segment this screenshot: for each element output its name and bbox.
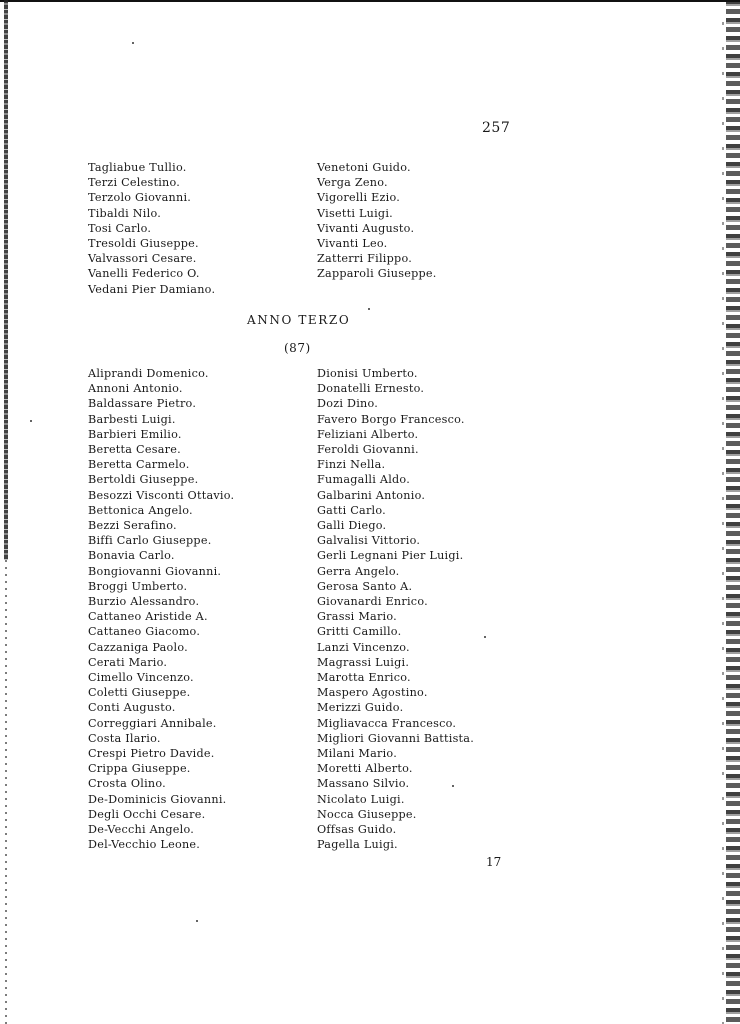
list-item: Merizzi Guido. (317, 700, 474, 715)
scan-edge-top (0, 0, 740, 2)
section-heading: ANNO TERZO (247, 313, 350, 327)
main-list-right-column: Dionisi Umberto. Donatelli Ernesto. Dozi… (317, 366, 474, 853)
scan-speck (196, 920, 198, 922)
list-item: Baldassare Pietro. (88, 396, 234, 411)
top-list-left-column: Tagliabue Tullio. Terzi Celestino. Terzo… (88, 160, 215, 297)
list-item: Cattaneo Aristide A. (88, 609, 234, 624)
list-item: Bongiovanni Giovanni. (88, 564, 234, 579)
list-item: Vivanti Augusto. (317, 221, 437, 236)
list-item: Gritti Camillo. (317, 624, 474, 639)
main-list-left-column: Aliprandi Domenico. Annoni Antonio. Bald… (88, 366, 234, 853)
list-item: Del-Vecchio Leone. (88, 837, 234, 852)
list-item: Bettonica Angelo. (88, 503, 234, 518)
scanned-page: 257 Tagliabue Tullio. Terzi Celestino. T… (0, 0, 740, 1024)
signature-mark: 17 (486, 855, 501, 869)
list-item: Tresoldi Giuseppe. (88, 236, 215, 251)
list-item: Galvalisi Vittorio. (317, 533, 474, 548)
scan-edge-left-lower (5, 560, 7, 1024)
list-item: Coletti Giuseppe. (88, 685, 234, 700)
list-item: Lanzi Vincenzo. (317, 640, 474, 655)
list-item: Cazzaniga Paolo. (88, 640, 234, 655)
list-item: Zatterri Filippo. (317, 251, 437, 266)
list-item: Terzi Celestino. (88, 175, 215, 190)
list-item: Vanelli Federico O. (88, 266, 215, 281)
scan-edge-right (726, 0, 740, 1024)
list-item: Bezzi Serafino. (88, 518, 234, 533)
list-item: Nicolato Luigi. (317, 792, 474, 807)
list-item: Zapparoli Giuseppe. (317, 266, 437, 281)
list-item: Conti Augusto. (88, 700, 234, 715)
list-item: Migliori Giovanni Battista. (317, 731, 474, 746)
list-item: Moretti Alberto. (317, 761, 474, 776)
list-item: Visetti Luigi. (317, 206, 437, 221)
list-item: De-Vecchi Angelo. (88, 822, 234, 837)
list-item: Gerra Angelo. (317, 564, 474, 579)
list-item: Barbesti Luigi. (88, 412, 234, 427)
scan-speck (132, 42, 134, 44)
list-item: Cattaneo Giacomo. (88, 624, 234, 639)
list-item: Terzolo Giovanni. (88, 190, 215, 205)
list-item: Costa Ilario. (88, 731, 234, 746)
list-item: Crosta Olino. (88, 776, 234, 791)
list-item: Magrassi Luigi. (317, 655, 474, 670)
list-item: Beretta Cesare. (88, 442, 234, 457)
list-item: Crespi Pietro Davide. (88, 746, 234, 761)
list-item: Annoni Antonio. (88, 381, 234, 396)
list-item: Bertoldi Giuseppe. (88, 472, 234, 487)
list-item: De-Dominicis Giovanni. (88, 792, 234, 807)
list-item: Galli Diego. (317, 518, 474, 533)
list-item: Gerli Legnani Pier Luigi. (317, 548, 474, 563)
list-item: Tibaldi Nilo. (88, 206, 215, 221)
list-item: Crippa Giuseppe. (88, 761, 234, 776)
list-item: Marotta Enrico. (317, 670, 474, 685)
top-list-right-column: Venetoni Guido. Verga Zeno. Vigorelli Ez… (317, 160, 437, 282)
list-item: Tagliabue Tullio. (88, 160, 215, 175)
list-item: Broggi Umberto. (88, 579, 234, 594)
list-item: Valvassori Cesare. (88, 251, 215, 266)
scan-speck (368, 308, 370, 310)
page-number: 257 (482, 120, 510, 136)
section-count: (87) (284, 341, 311, 355)
list-item: Burzio Alessandro. (88, 594, 234, 609)
list-item: Dionisi Umberto. (317, 366, 474, 381)
list-item: Giovanardi Enrico. (317, 594, 474, 609)
list-item: Besozzi Visconti Ottavio. (88, 488, 234, 503)
scan-speck (30, 420, 32, 422)
scan-edge-left (4, 0, 8, 560)
list-item: Galbarini Antonio. (317, 488, 474, 503)
list-item: Vigorelli Ezio. (317, 190, 437, 205)
list-item: Beretta Carmelo. (88, 457, 234, 472)
list-item: Maspero Agostino. (317, 685, 474, 700)
list-item: Finzi Nella. (317, 457, 474, 472)
list-item: Aliprandi Domenico. (88, 366, 234, 381)
list-item: Feroldi Giovanni. (317, 442, 474, 457)
list-item: Vedani Pier Damiano. (88, 282, 215, 297)
list-item: Gatti Carlo. (317, 503, 474, 518)
list-item: Biffi Carlo Giuseppe. (88, 533, 234, 548)
scan-speck (452, 785, 454, 787)
list-item: Pagella Luigi. (317, 837, 474, 852)
list-item: Milani Mario. (317, 746, 474, 761)
list-item: Grassi Mario. (317, 609, 474, 624)
list-item: Massano Silvio. (317, 776, 474, 791)
list-item: Nocca Giuseppe. (317, 807, 474, 822)
scan-edge-right-noise (722, 0, 724, 1024)
list-item: Fumagalli Aldo. (317, 472, 474, 487)
list-item: Verga Zeno. (317, 175, 437, 190)
list-item: Cerati Mario. (88, 655, 234, 670)
scan-speck (484, 636, 486, 638)
list-item: Tosi Carlo. (88, 221, 215, 236)
list-item: Donatelli Ernesto. (317, 381, 474, 396)
list-item: Venetoni Guido. (317, 160, 437, 175)
list-item: Correggiari Annibale. (88, 716, 234, 731)
list-item: Degli Occhi Cesare. (88, 807, 234, 822)
list-item: Gerosa Santo A. (317, 579, 474, 594)
list-item: Barbieri Emilio. (88, 427, 234, 442)
list-item: Favero Borgo Francesco. (317, 412, 474, 427)
list-item: Cimello Vincenzo. (88, 670, 234, 685)
list-item: Feliziani Alberto. (317, 427, 474, 442)
list-item: Offsas Guido. (317, 822, 474, 837)
list-item: Migliavacca Francesco. (317, 716, 474, 731)
list-item: Vivanti Leo. (317, 236, 437, 251)
list-item: Dozi Dino. (317, 396, 474, 411)
list-item: Bonavia Carlo. (88, 548, 234, 563)
